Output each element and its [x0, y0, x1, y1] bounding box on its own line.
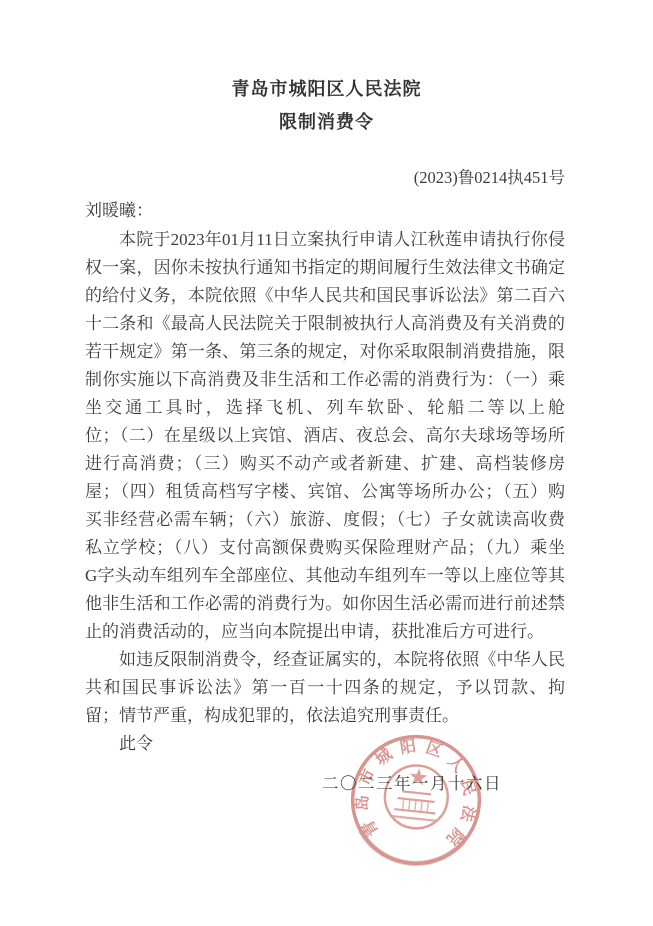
body-line: 共和国民事诉讼法》第一百一十四条的规定，予以罚款、拘	[85, 674, 565, 702]
body-line: 本院于2023年01月11日立案执行申请人江秋莲申请执行你侵	[85, 226, 565, 254]
document-header: 青岛市城阳区人民法院 限制消费令	[0, 76, 653, 135]
body-line: 若干规定》第一条、第三条的规定，对你采取限制消费措施，限	[85, 338, 565, 366]
document-title: 限制消费令	[0, 109, 653, 135]
body-line: 十二条和《最高人民法院关于限制被执行人高消费及有关消费的	[85, 310, 565, 338]
body-line: G字头动车组列车全部座位、其他动车组列车一等以上座位等其	[85, 562, 565, 590]
case-number: (2023)鲁0214执451号	[85, 164, 565, 188]
issue-date: 二〇二三年一月十六日	[322, 770, 502, 794]
body-line: 买非经营必需车辆；（六）旅游、度假；（七）子女就读高收费	[85, 506, 565, 534]
body-line: 私立学校；（八）支付高额保费购买保险理财产品；（九）乘坐	[85, 534, 565, 562]
body-line: 如违反限制消费令，经查证属实的，本院将依照《中华人民	[85, 646, 565, 674]
body-line: 留；情节严重，构成犯罪的，依法追究刑事责任。	[85, 702, 565, 730]
document-page: 青岛市城阳区人民法院 限制消费令 (2023)鲁0214执451号 刘暖曦： 本…	[0, 0, 653, 926]
closing-phrase: 此令	[85, 730, 565, 758]
body-line: 制你实施以下高消费及非生活和工作必需的消费行为：（一）乘	[85, 366, 565, 394]
body-line: 坐交通工具时，选择飞机、列车软卧、轮船二等以上舱	[85, 394, 565, 422]
body-line: 权一案，因你未按执行通知书指定的期间履行生效法律文书确定	[85, 254, 565, 282]
addressee-name: 刘暖曦：	[85, 196, 153, 221]
body-line: 止的消费活动的，应当向本院提出申请，获批准后方可进行。	[85, 618, 565, 646]
body-line: 位；（二）在星级以上宾馆、酒店、夜总会、高尔夫球场等场所	[85, 422, 565, 450]
document-body: 本院于2023年01月11日立案执行申请人江秋莲申请执行你侵 权一案，因你未按执…	[85, 226, 565, 758]
body-line: 屋；（四）租赁高档写字楼、宾馆、公寓等场所办公；（五）购	[85, 478, 565, 506]
body-line: 他非生活和工作必需的消费行为。如你因生活必需而进行前述禁	[85, 590, 565, 618]
body-line: 进行高消费；（三）购买不动产或者新建、扩建、高档装修房	[85, 450, 565, 478]
court-name: 青岛市城阳区人民法院	[0, 76, 653, 102]
body-line: 的给付义务，本院依照《中华人民共和国民事诉讼法》第二百六	[85, 282, 565, 310]
seal-ink-blotch	[358, 831, 464, 869]
